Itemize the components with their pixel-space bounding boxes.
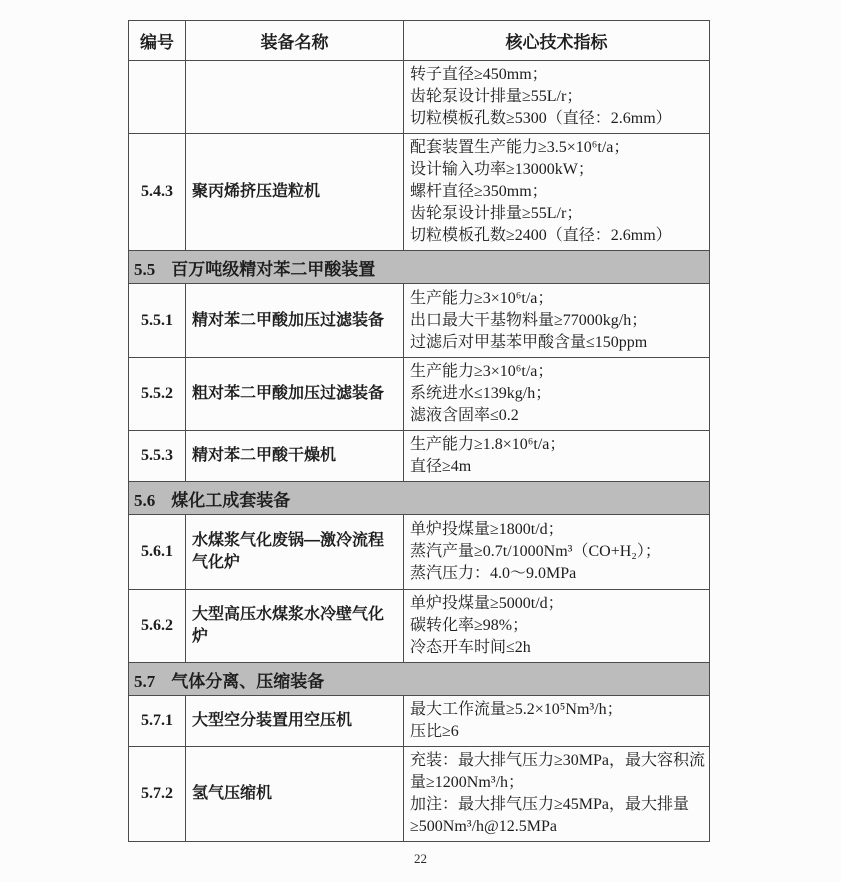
equipment-name: 水煤浆气化废锅—激冷流程气化炉 [186, 515, 404, 590]
table-row: 5.6.1 水煤浆气化废锅—激冷流程气化炉 单炉投煤量≥1800t/d； 蒸汽产… [129, 515, 710, 590]
spec-line: 蒸汽压力：4.0～9.0MPa [410, 563, 705, 585]
section-row: 5.7 气体分离、压缩装备 [129, 663, 710, 696]
table-row: 5.5.2 粗对苯二甲酸加压过滤装备 生产能力≥3×10⁶t/a； 系统进水≤1… [129, 358, 710, 431]
table-row: 5.6.2 大型高压水煤浆水冷壁气化炉 单炉投煤量≥5000t/d； 碳转化率≥… [129, 590, 710, 663]
spec-line: 充装：最大排气压力≥30MPa，最大容积流量≥1200Nm³/h； [410, 750, 705, 794]
spec-line: 最大工作流量≥5.2×10⁵Nm³/h； [410, 699, 705, 721]
section-title: 煤化工成套装备 [171, 491, 290, 510]
row-number: 5.5.1 [129, 284, 186, 358]
spec-cell: 生产能力≥1.8×10⁶t/a； 直径≥4m [404, 431, 710, 482]
spec-cell: 最大工作流量≥5.2×10⁵Nm³/h； 压比≥6 [404, 696, 710, 747]
row-number: 5.6.2 [129, 590, 186, 663]
row-number: 5.4.3 [129, 134, 186, 251]
row-number: 5.5.2 [129, 358, 186, 431]
equipment-name: 大型空分装置用空压机 [186, 696, 404, 747]
spec-table: 编号 装备名称 核心技术指标 转子直径≥450mm； 齿轮泵设计排量≥55L/r… [128, 20, 710, 842]
equipment-name: 氢气压缩机 [186, 747, 404, 842]
equipment-name: 精对苯二甲酸干燥机 [186, 431, 404, 482]
spec-line: 单炉投煤量≥1800t/d； [410, 519, 705, 541]
page-number: 22 [0, 851, 841, 867]
section-title: 百万吨级精对苯二甲酸装置 [171, 260, 375, 279]
equipment-name: 大型高压水煤浆水冷壁气化炉 [186, 590, 404, 663]
spec-cell: 单炉投煤量≥5000t/d； 碳转化率≥98%； 冷态开车时间≤2h [404, 590, 710, 663]
spec-line: 切粒模板孔数≥5300（直径：2.6mm） [410, 108, 705, 130]
equipment-name: 精对苯二甲酸加压过滤装备 [186, 284, 404, 358]
spec-line: 蒸汽产量≥0.7t/1000Nm³（CO+H₂）； [410, 541, 705, 563]
section-cell: 5.5 百万吨级精对苯二甲酸装置 [129, 251, 710, 284]
spec-line: 齿轮泵设计排量≥55L/r； [410, 86, 705, 108]
row-number: 5.7.2 [129, 747, 186, 842]
row-number: 5.6.1 [129, 515, 186, 590]
spec-line: 生产能力≥3×10⁶t/a； [410, 361, 705, 383]
spec-cell: 配套装置生产能力≥3.5×10⁶t/a； 设计输入功率≥13000kW； 螺杆直… [404, 134, 710, 251]
spec-line: 滤液含固率≤0.2 [410, 405, 705, 427]
table-row: 转子直径≥450mm； 齿轮泵设计排量≥55L/r； 切粒模板孔数≥5300（直… [129, 61, 710, 134]
section-cell: 5.6 煤化工成套装备 [129, 482, 710, 515]
spec-cell: 生产能力≥3×10⁶t/a； 系统进水≤139kg/h； 滤液含固率≤0.2 [404, 358, 710, 431]
section-number: 5.7 [134, 672, 167, 692]
spec-cell: 单炉投煤量≥1800t/d； 蒸汽产量≥0.7t/1000Nm³（CO+H₂）；… [404, 515, 710, 590]
spec-line: 系统进水≤139kg/h； [410, 383, 705, 405]
row-number [129, 61, 186, 134]
table-row: 5.7.2 氢气压缩机 充装：最大排气压力≥30MPa，最大容积流量≥1200N… [129, 747, 710, 842]
spec-line: 单炉投煤量≥5000t/d； [410, 593, 705, 615]
table-row: 5.7.1 大型空分装置用空压机 最大工作流量≥5.2×10⁵Nm³/h； 压比… [129, 696, 710, 747]
spec-line: 碳转化率≥98%； [410, 615, 705, 637]
section-cell: 5.7 气体分离、压缩装备 [129, 663, 710, 696]
spec-line: 出口最大干基物料量≥77000kg/h； [410, 310, 705, 332]
column-header-no: 编号 [129, 21, 186, 61]
spec-line: 直径≥4m [410, 456, 705, 478]
spec-line: 生产能力≥3×10⁶t/a； [410, 288, 705, 310]
spec-line: 生产能力≥1.8×10⁶t/a； [410, 434, 705, 456]
equipment-name: 聚丙烯挤压造粒机 [186, 134, 404, 251]
document-page: 编号 装备名称 核心技术指标 转子直径≥450mm； 齿轮泵设计排量≥55L/r… [0, 0, 841, 882]
spec-cell: 生产能力≥3×10⁶t/a； 出口最大干基物料量≥77000kg/h； 过滤后对… [404, 284, 710, 358]
equipment-name: 粗对苯二甲酸加压过滤装备 [186, 358, 404, 431]
section-number: 5.5 [134, 260, 167, 280]
equipment-name [186, 61, 404, 134]
spec-line: 切粒模板孔数≥2400（直径：2.6mm） [410, 225, 705, 247]
row-number: 5.5.3 [129, 431, 186, 482]
section-row: 5.6 煤化工成套装备 [129, 482, 710, 515]
section-row: 5.5 百万吨级精对苯二甲酸装置 [129, 251, 710, 284]
section-title: 气体分离、压缩装备 [171, 672, 324, 691]
spec-line: 配套装置生产能力≥3.5×10⁶t/a； [410, 137, 705, 159]
spec-cell: 充装：最大排气压力≥30MPa，最大容积流量≥1200Nm³/h； 加注：最大排… [404, 747, 710, 842]
column-header-spec: 核心技术指标 [404, 21, 710, 61]
table-row: 5.4.3 聚丙烯挤压造粒机 配套装置生产能力≥3.5×10⁶t/a； 设计输入… [129, 134, 710, 251]
table-row: 5.5.1 精对苯二甲酸加压过滤装备 生产能力≥3×10⁶t/a； 出口最大干基… [129, 284, 710, 358]
spec-cell: 转子直径≥450mm； 齿轮泵设计排量≥55L/r； 切粒模板孔数≥5300（直… [404, 61, 710, 134]
spec-line: 设计输入功率≥13000kW； [410, 159, 705, 181]
column-header-name: 装备名称 [186, 21, 404, 61]
table-row: 5.5.3 精对苯二甲酸干燥机 生产能力≥1.8×10⁶t/a； 直径≥4m [129, 431, 710, 482]
row-number: 5.7.1 [129, 696, 186, 747]
spec-line: 冷态开车时间≤2h [410, 637, 705, 659]
table-header-row: 编号 装备名称 核心技术指标 [129, 21, 710, 61]
spec-line: 转子直径≥450mm； [410, 64, 705, 86]
section-number: 5.6 [134, 491, 167, 511]
spec-line: 螺杆直径≥350mm； [410, 181, 705, 203]
spec-line: 过滤后对甲基苯甲酸含量≤150ppm [410, 332, 705, 354]
spec-line: 加注：最大排气压力≥45MPa，最大排量≥500Nm³/h@12.5MPa [410, 794, 705, 838]
spec-line: 齿轮泵设计排量≥55L/r； [410, 203, 705, 225]
spec-line: 压比≥6 [410, 721, 705, 743]
